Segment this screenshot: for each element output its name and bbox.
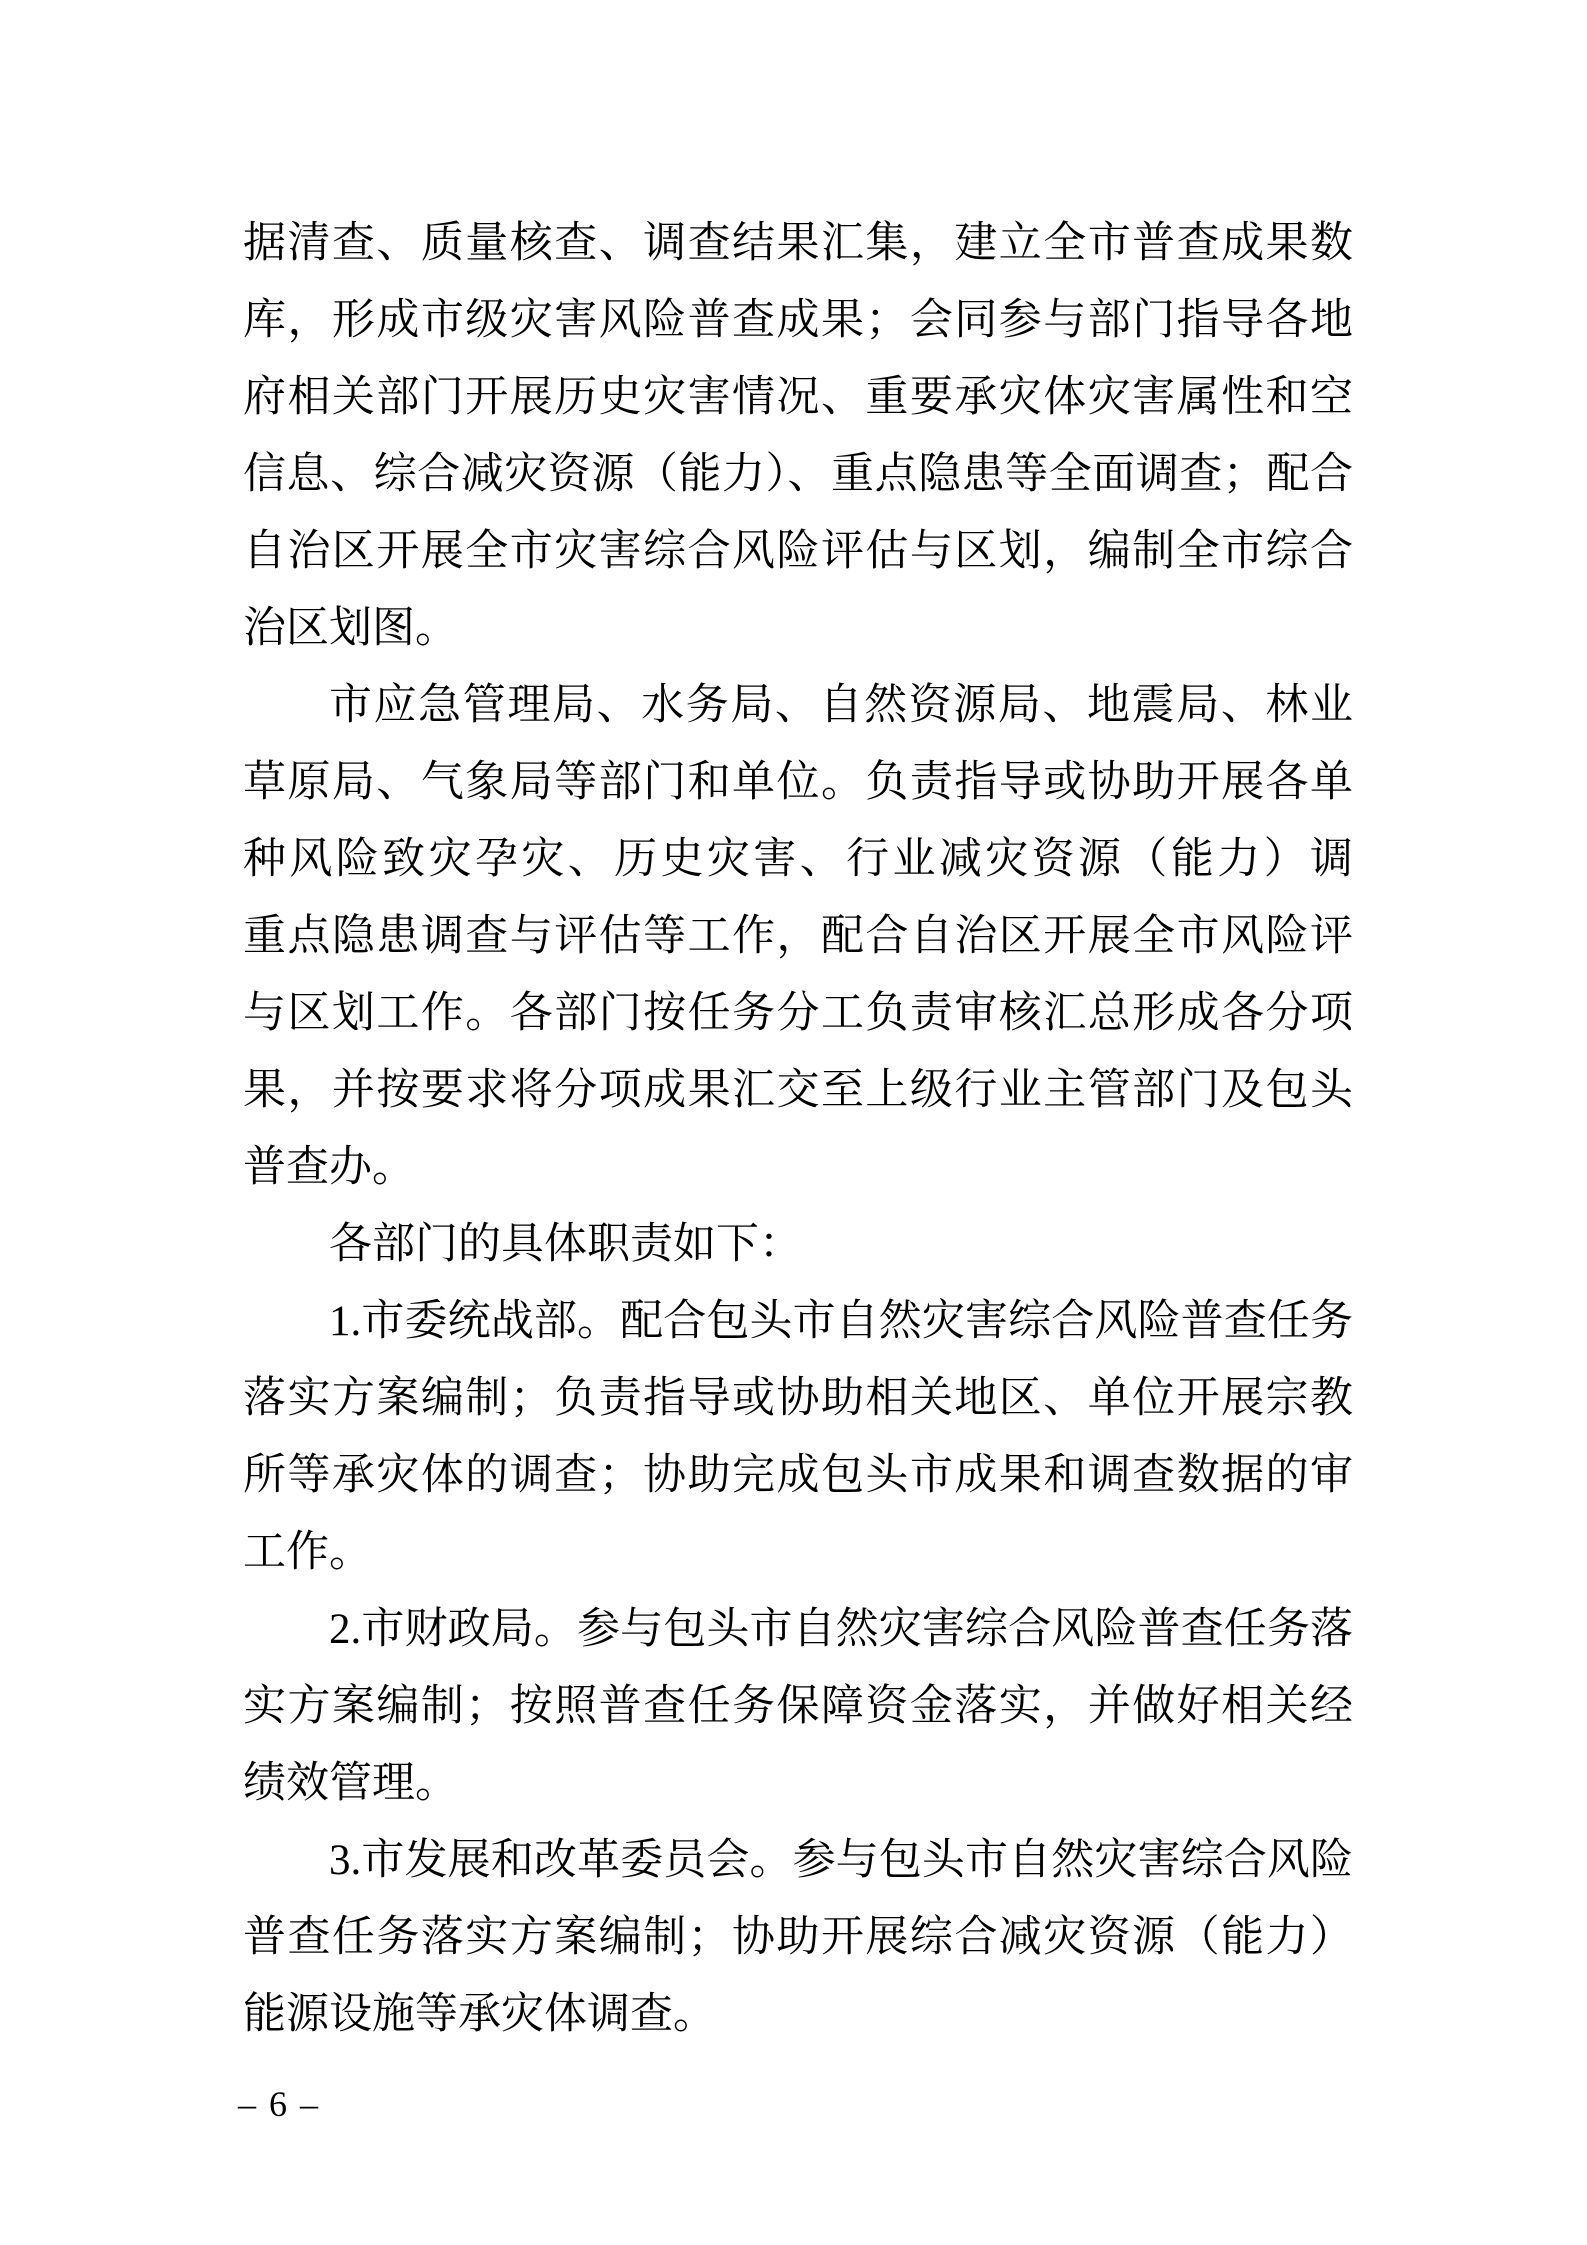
text-line: 落实方案编制；负责指导或协助相关地区、单位开展宗教场 [243, 1360, 1353, 1437]
text-line: 治区划图。 [243, 590, 1353, 667]
text-line: 普查任务落实方案编制；协助开展综合减灾资源（能力）和 [243, 1899, 1353, 1976]
text-line: 果，并按要求将分项成果汇交至上级行业主管部门及包头市 [243, 1052, 1353, 1129]
text-line: 信息、综合减灾资源（能力）、重点隐患等全面调查；配合 [243, 436, 1353, 513]
text-line: 各部门的具体职责如下： [243, 1206, 1353, 1283]
text-line: 与区划工作。各部门按任务分工负责审核汇总形成各分项成 [243, 975, 1353, 1052]
text-line: 3.市发展和改革委员会。参与包头市自然灾害综合风险 [243, 1822, 1353, 1899]
text-line: 市应急管理局、水务局、自然资源局、地震局、林业和 [243, 667, 1353, 744]
text-line: 据清查、质量核查、调查结果汇集，建立全市普查成果数据 [243, 205, 1353, 282]
text-line: 草原局、气象局等部门和单位。负责指导或协助开展各单灾 [243, 744, 1353, 821]
text-line: 所等承灾体的调查；协助完成包头市成果和调查数据的审核 [243, 1437, 1353, 1514]
text-line: 1.市委统战部。配合包头市自然灾害综合风险普查任务 [243, 1283, 1353, 1360]
text-line: 自治区开展全市灾害综合风险评估与区划，编制全市综合防 [243, 513, 1353, 590]
text-line: 2.市财政局。参与包头市自然灾害综合风险普查任务落 [243, 1591, 1353, 1668]
text-line: 绩效管理。 [243, 1745, 1353, 1822]
page-number: – 6 – [238, 2082, 320, 2126]
text-line: 府相关部门开展历史灾害情况、重要承灾体灾害属性和空间 [243, 359, 1353, 436]
document-body: 据清查、质量核查、调查结果汇集，建立全市普查成果数据库，形成市级灾害风险普查成果… [243, 205, 1353, 2053]
text-line: 种风险致灾孕灾、历史灾害、行业减灾资源（能力）调查、 [243, 821, 1353, 898]
text-line: 库，形成市级灾害风险普查成果；会同参与部门指导各地政 [243, 282, 1353, 359]
text-line: 实方案编制；按照普查任务保障资金落实，并做好相关经费 [243, 1668, 1353, 1745]
text-line: 普查办。 [243, 1129, 1353, 1206]
document-page: 据清查、质量核查、调查结果汇集，建立全市普查成果数据库，形成市级灾害风险普查成果… [0, 0, 1587, 2245]
text-line: 工作。 [243, 1514, 1353, 1591]
text-line: 能源设施等承灾体调查。 [243, 1976, 1353, 2053]
text-line: 重点隐患调查与评估等工作，配合自治区开展全市风险评估 [243, 898, 1353, 975]
